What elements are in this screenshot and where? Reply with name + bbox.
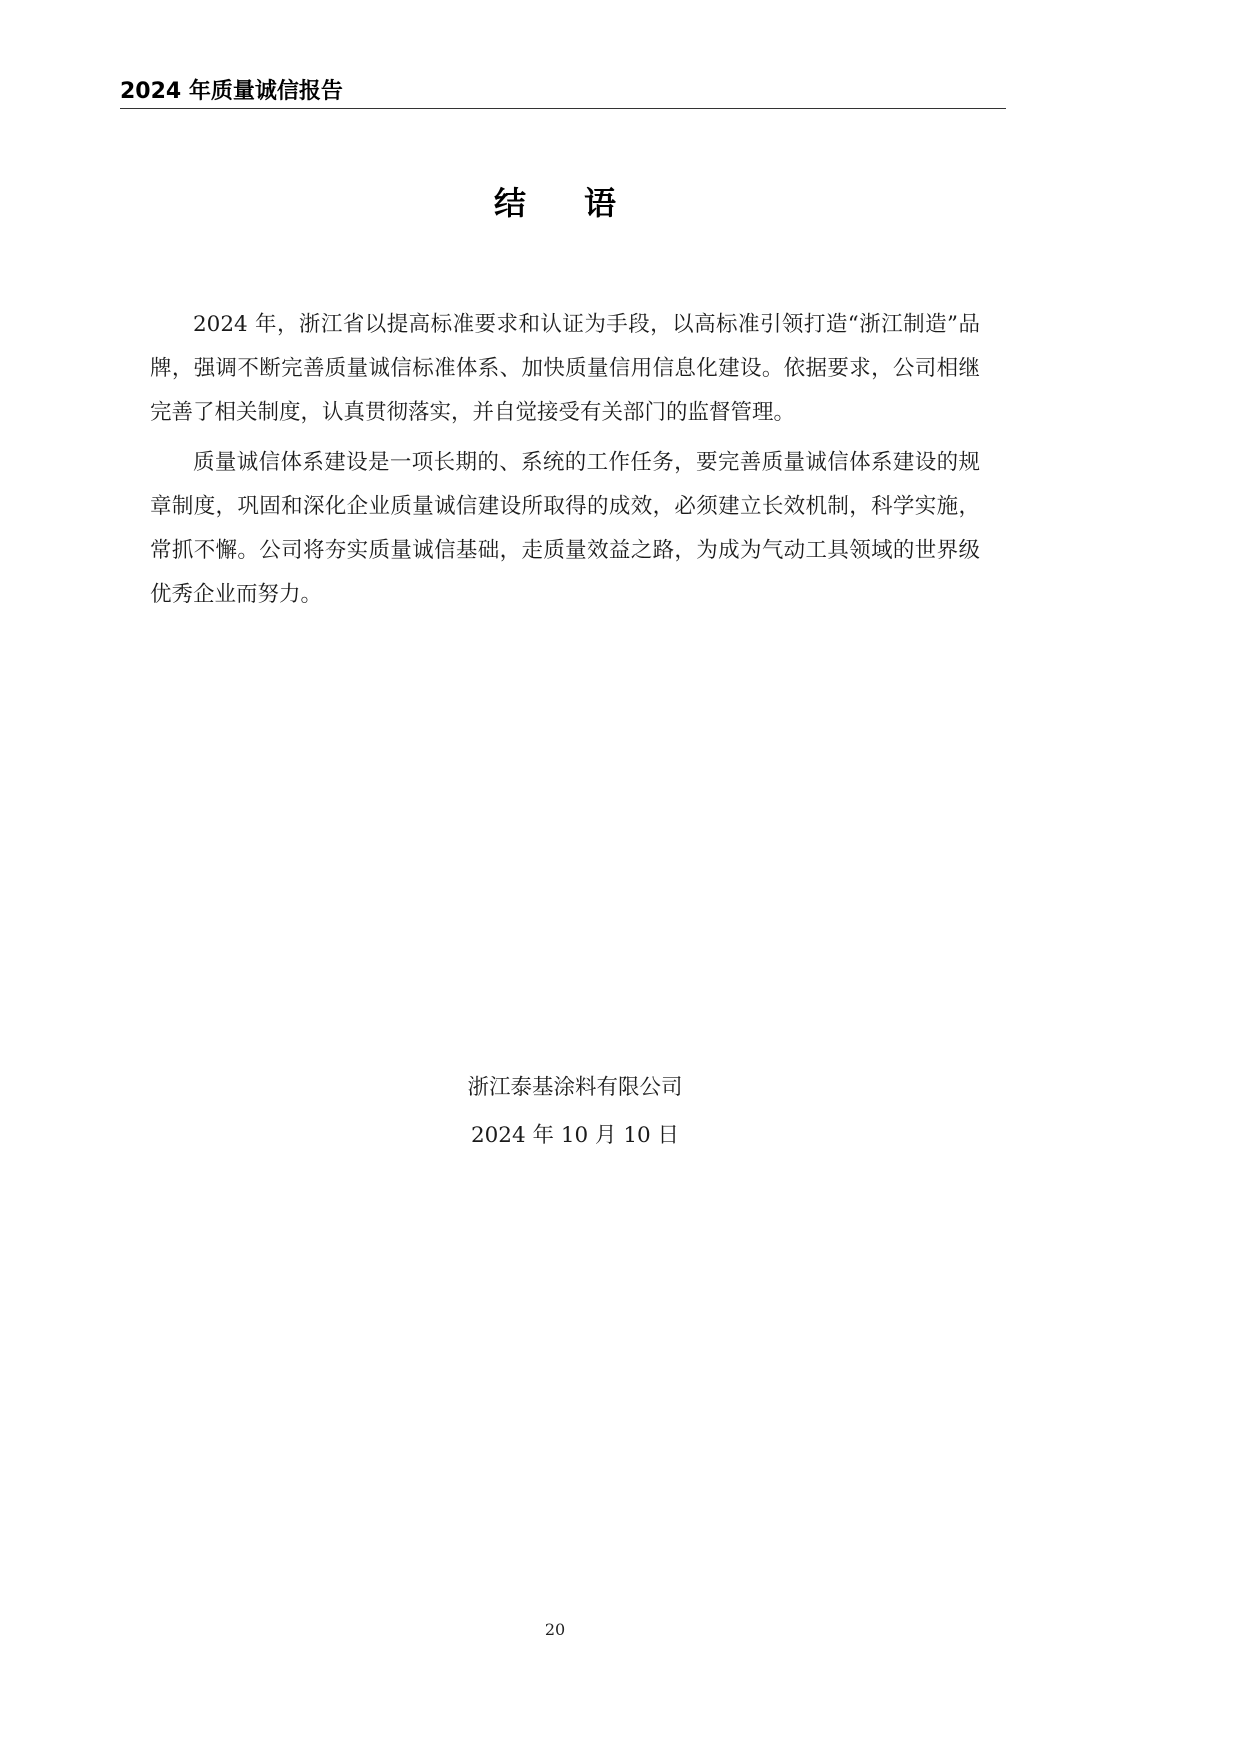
body-text: 2024 年，浙江省以提高标准要求和认证为手段，以高标准引领打造“浙江制造”品牌… — [150, 303, 980, 623]
page-number: 20 — [0, 1620, 1110, 1639]
paragraph: 2024 年，浙江省以提高标准要求和认证为手段，以高标准引领打造“浙江制造”品牌… — [150, 303, 980, 435]
page-header: 2024 年质量诚信报告 — [120, 78, 1006, 106]
header-divider — [120, 108, 1006, 109]
section-title: 结语 — [0, 183, 1110, 223]
report-header-title: 2024 年质量诚信报告 — [120, 78, 1006, 106]
paragraph: 质量诚信体系建设是一项长期的、系统的工作任务，要完善质量诚信体系建设的规章制度，… — [150, 441, 980, 617]
signature-block: 浙江泰基涂料有限公司 2024 年 10 月 10 日 — [450, 1064, 700, 1160]
signature-date: 2024 年 10 月 10 日 — [450, 1112, 700, 1160]
company-name: 浙江泰基涂料有限公司 — [450, 1064, 700, 1112]
